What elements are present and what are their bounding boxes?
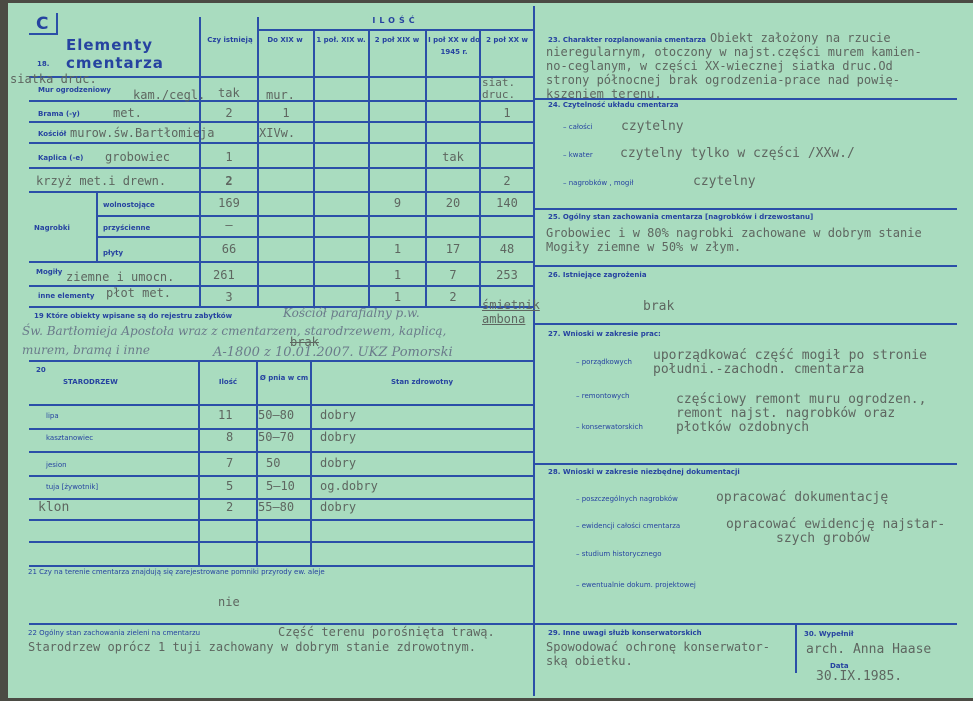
section-letter: C xyxy=(36,15,49,34)
row-kaplica-label: Kaplica (-e) xyxy=(38,155,83,163)
sec23-value-1: Obiekt założony na rzucie xyxy=(710,32,891,46)
row-wolnostojace-label: wolnostojące xyxy=(103,202,155,210)
sec24-item-label: – całości xyxy=(563,124,593,132)
row-mogily-value: ziemne i umocn. xyxy=(66,271,174,285)
row-plyty-exists: 66 xyxy=(201,243,257,257)
row-mogily-label: Mogiły xyxy=(36,269,62,277)
row-line xyxy=(29,306,535,308)
tree-name: tuja [żywotnik] xyxy=(46,484,98,492)
sec18-number: 18. xyxy=(37,61,49,69)
sec30-value: arch. Anna Haase xyxy=(806,643,931,658)
sec29-value-1: Spowodować ochronę konserwator- xyxy=(546,641,770,655)
sec28-item-label: – ewidencji całości cmentarza xyxy=(576,523,680,531)
sec26-top-line xyxy=(535,265,957,267)
row-plyty-c3: 1 xyxy=(370,243,425,257)
row-brama-exists: 2 xyxy=(201,107,257,121)
sec20-header-name: STARODRZEW xyxy=(63,379,118,387)
sec29-top-line xyxy=(535,623,957,625)
sec27-item-label: – konserwatorskich xyxy=(576,424,643,432)
sec22-value-1: Część terenu porośnięta trawą. xyxy=(278,626,495,640)
tree-name: lipa xyxy=(46,413,59,421)
tree-qty: 2 xyxy=(226,501,233,515)
row-brama-c1: 1 xyxy=(259,107,313,121)
row-line xyxy=(29,121,535,123)
letter-box-right xyxy=(56,13,58,35)
sec19-label: 19 Które obiekty wpisane są do rejestru … xyxy=(34,313,232,321)
row-wolnostojace-c5: 140 xyxy=(481,197,533,211)
sec28-item-label: – poszczególnych nagrobków xyxy=(576,496,678,504)
header-period-2: 1 poł. XIX w. xyxy=(314,35,368,47)
row-line xyxy=(29,191,535,193)
tree-qty: 11 xyxy=(218,409,232,423)
sec24-item-label: – kwater xyxy=(563,152,593,160)
sec29-value-2: ską obietku. xyxy=(546,655,633,669)
sec30-label: 30. Wypełnił xyxy=(804,631,853,639)
sec20-header-diam: Ø pnia w cm xyxy=(258,373,310,384)
row-plyty-c5: 48 xyxy=(481,243,533,257)
sec20-header-state: Stan zdrowotny xyxy=(313,379,531,387)
tree-row-line xyxy=(29,519,535,521)
row-mogily-c3: 1 xyxy=(370,269,425,283)
row-plyty-c4: 17 xyxy=(427,243,479,257)
sec19-handwritten-2: Św. Bartłomieja Apostoła wraz z cmentarz… xyxy=(22,324,446,338)
row-przyscienne-label: przyścienne xyxy=(103,225,150,233)
tree-name: klon xyxy=(38,501,69,516)
tree-row-line xyxy=(29,451,535,453)
tree-qty: 8 xyxy=(226,431,233,445)
row-line xyxy=(29,167,535,169)
sec20-header-qty: Ilość xyxy=(200,379,256,387)
tree-name: jesion xyxy=(46,462,67,470)
tree-col-line xyxy=(198,360,200,565)
nagrobki-sub-line xyxy=(96,191,98,261)
sec28-item-label: – ewentualnie dokum. projektowej xyxy=(576,582,696,590)
tree-col-line xyxy=(256,360,258,565)
tree-state: dobry xyxy=(320,457,356,471)
row-wolnostojace-c3: 9 xyxy=(370,197,425,211)
row-inne-exists: 3 xyxy=(201,291,257,305)
sec21-label: 21 Czy na terenie cmentarza znajdują się… xyxy=(28,569,325,577)
row-wolnostojace-c4: 20 xyxy=(427,197,479,211)
sec29-label: 29. Inne uwagi służb konserwatorskich xyxy=(548,630,702,638)
header-quantity: ILOŚĆ xyxy=(258,17,533,26)
tree-diam: 50–70 xyxy=(258,431,294,445)
row-brama-c5: 1 xyxy=(481,107,533,121)
row-line xyxy=(29,142,535,144)
sec24-item-label: – nagrobków , mogił xyxy=(563,180,633,188)
sec24-label: 24. Czytelność układu cmentarza xyxy=(548,102,679,110)
row-krzyz-value: krzyż met.i drewn. xyxy=(36,175,166,189)
sec20-top-line xyxy=(29,360,535,362)
row-brama-label: Brama (-y) xyxy=(38,111,80,119)
header-period-3: 2 poł XIX w xyxy=(370,35,424,47)
row-przyscienne-exists: – xyxy=(201,219,257,233)
tree-row-line xyxy=(29,404,535,406)
middle-divider xyxy=(533,6,535,696)
row-line xyxy=(29,285,535,287)
sec23-value-4: strony północnej brak ogrodzenia-prace n… xyxy=(546,74,900,88)
header-exists: Czy istnieją xyxy=(203,35,257,47)
tree-state: dobry xyxy=(320,409,356,423)
header-period-1: Do XIX w xyxy=(258,35,312,47)
date-value: 30.IX.1985. xyxy=(816,670,902,685)
row-line xyxy=(96,236,535,238)
row-krzyz-exists: 2 xyxy=(201,175,257,189)
row-kosciol-c1: XIVw. xyxy=(259,127,295,141)
row-inne-c3: 1 xyxy=(370,291,425,305)
sec22-value-2: Starodrzew oprócz 1 tuji zachowany w dob… xyxy=(28,641,476,655)
sec25-top-line xyxy=(535,208,957,210)
sec19-handwritten-3: murem, bramą i inne xyxy=(22,343,150,357)
row-mur-value: kam./cegl. xyxy=(133,89,205,103)
sec24-item-value: czytelny xyxy=(621,120,684,135)
row-kaplica-c4: tak xyxy=(427,151,479,165)
row-line xyxy=(29,76,535,78)
row-nagrobki-label: Nagrobki xyxy=(34,225,70,233)
row-mogily-c4: 7 xyxy=(427,269,479,283)
sec23-label: 23. Charakter rozplanowania cmentarza xyxy=(548,37,706,45)
header-period-4: I poł XX w do 1945 r. xyxy=(428,35,480,59)
tree-row-line xyxy=(29,541,535,543)
sec19-handwritten-1: Kościół parafialny p.w. xyxy=(283,306,420,320)
sec18-title-2: cmentarza xyxy=(66,55,164,72)
header-line xyxy=(257,29,535,31)
sec21-value: nie xyxy=(218,596,240,610)
sec26-label: 26. Istniejące zagrożenia xyxy=(548,272,647,280)
row-mogily-exists: 261 xyxy=(213,269,235,283)
row-inne-label: inne elementy xyxy=(38,293,94,301)
row-line xyxy=(96,215,535,217)
extra-element-2: ambona xyxy=(482,313,525,327)
sec25-label: 25. Ogólny stan zachowania cmentarza [na… xyxy=(548,214,813,222)
sec22-label: 22 Ogólny stan zachowania zieleni na cme… xyxy=(28,630,200,638)
row-wolnostojace-exists: 169 xyxy=(201,197,257,211)
sec24-item-value: czytelny tylko w części /XXw./ xyxy=(620,147,855,162)
col-line xyxy=(257,17,259,307)
sec23-value-3: no-ceglanym, w części XX-wiecznej siatka… xyxy=(546,60,893,74)
tree-state: dobry xyxy=(320,431,356,445)
row-inne-value: płot met. xyxy=(106,287,171,301)
row-plyty-label: płyty xyxy=(103,250,123,258)
row-kosciol-value: murow.św.Bartłomieja xyxy=(70,127,215,141)
row-mur-c5: siat. druc. xyxy=(482,77,532,101)
tree-row-line xyxy=(29,565,535,567)
sec28-item-label: – studium historycznego xyxy=(576,551,662,559)
extra-element-1: śmietnik xyxy=(482,299,540,313)
row-kaplica-exists: 1 xyxy=(201,151,257,165)
sec24-top-line xyxy=(535,98,957,100)
sec25-value-1: Grobowiec i w 80% nagrobki zachowane w d… xyxy=(546,227,922,241)
sec27-label: 27. Wnioski w zakresie prac: xyxy=(548,331,661,339)
sec27-item-label: – porządkowych xyxy=(576,359,632,367)
tree-qty: 5 xyxy=(226,480,233,494)
row-mur-exists: tak xyxy=(218,87,240,101)
cemetery-record-card: C Elementy 18. cmentarza Czy istnieją IL… xyxy=(8,3,973,698)
sec28-label: 28. Wnioski w zakresie niezbędnej dokume… xyxy=(548,469,740,477)
tree-row-line xyxy=(29,475,535,477)
sec19-handwritten-4: A-1800 z 10.01.2007. UKZ Pomorski xyxy=(213,345,453,360)
tree-diam: 50 xyxy=(266,457,280,471)
row-brama-value: met. xyxy=(113,107,142,121)
sec28-item-value: szych grobów xyxy=(776,532,870,547)
sec27-item-value: płotków ozdobnych xyxy=(676,421,809,436)
letter-box-bottom xyxy=(29,33,57,35)
sec28-top-line xyxy=(535,463,957,465)
row-mur-value2: siatka druc. xyxy=(10,73,97,87)
row-krzyz-c5: 2 xyxy=(481,175,533,189)
tree-state: og.dobry xyxy=(320,480,378,494)
sec18-title-1: Elementy xyxy=(66,37,153,54)
sec27-item-label: – remontowych xyxy=(576,393,629,401)
row-mur-c1: mur. xyxy=(266,89,295,103)
sec26-value: brak xyxy=(643,300,674,315)
row-mur-label: Mur ogrodzeniowy xyxy=(38,87,111,95)
row-kosciol-label: Kościół xyxy=(38,131,66,139)
sec27-top-line xyxy=(535,323,957,325)
tree-diam: 55–80 xyxy=(258,501,294,515)
row-line xyxy=(29,261,535,263)
sec28-item-value: opracować dokumentację xyxy=(716,491,888,506)
sec24-item-value: czytelny xyxy=(693,175,756,190)
tree-diam: 50–80 xyxy=(258,409,294,423)
tree-diam: 5–10 xyxy=(266,480,295,494)
row-kaplica-value: grobowiec xyxy=(105,151,170,165)
row-mogily-c5: 253 xyxy=(481,269,533,283)
tree-col-line xyxy=(310,360,312,565)
row-inne-c4: 2 xyxy=(427,291,479,305)
tree-name: kasztanowiec xyxy=(46,435,93,443)
tree-qty: 7 xyxy=(226,457,233,471)
sec30-divider xyxy=(795,623,797,673)
sec27-item-value: południ.-zachodn. cmentarza xyxy=(653,363,864,378)
sec20-number: 20 xyxy=(36,367,46,375)
header-period-5: 2 poł XX w xyxy=(482,35,532,47)
tree-state: dobry xyxy=(320,501,356,515)
sec25-value-2: Mogiły ziemne w 50% w złym. xyxy=(546,241,741,255)
sec23-value-2: nieregularnym, otoczony w najst.części m… xyxy=(546,46,922,60)
